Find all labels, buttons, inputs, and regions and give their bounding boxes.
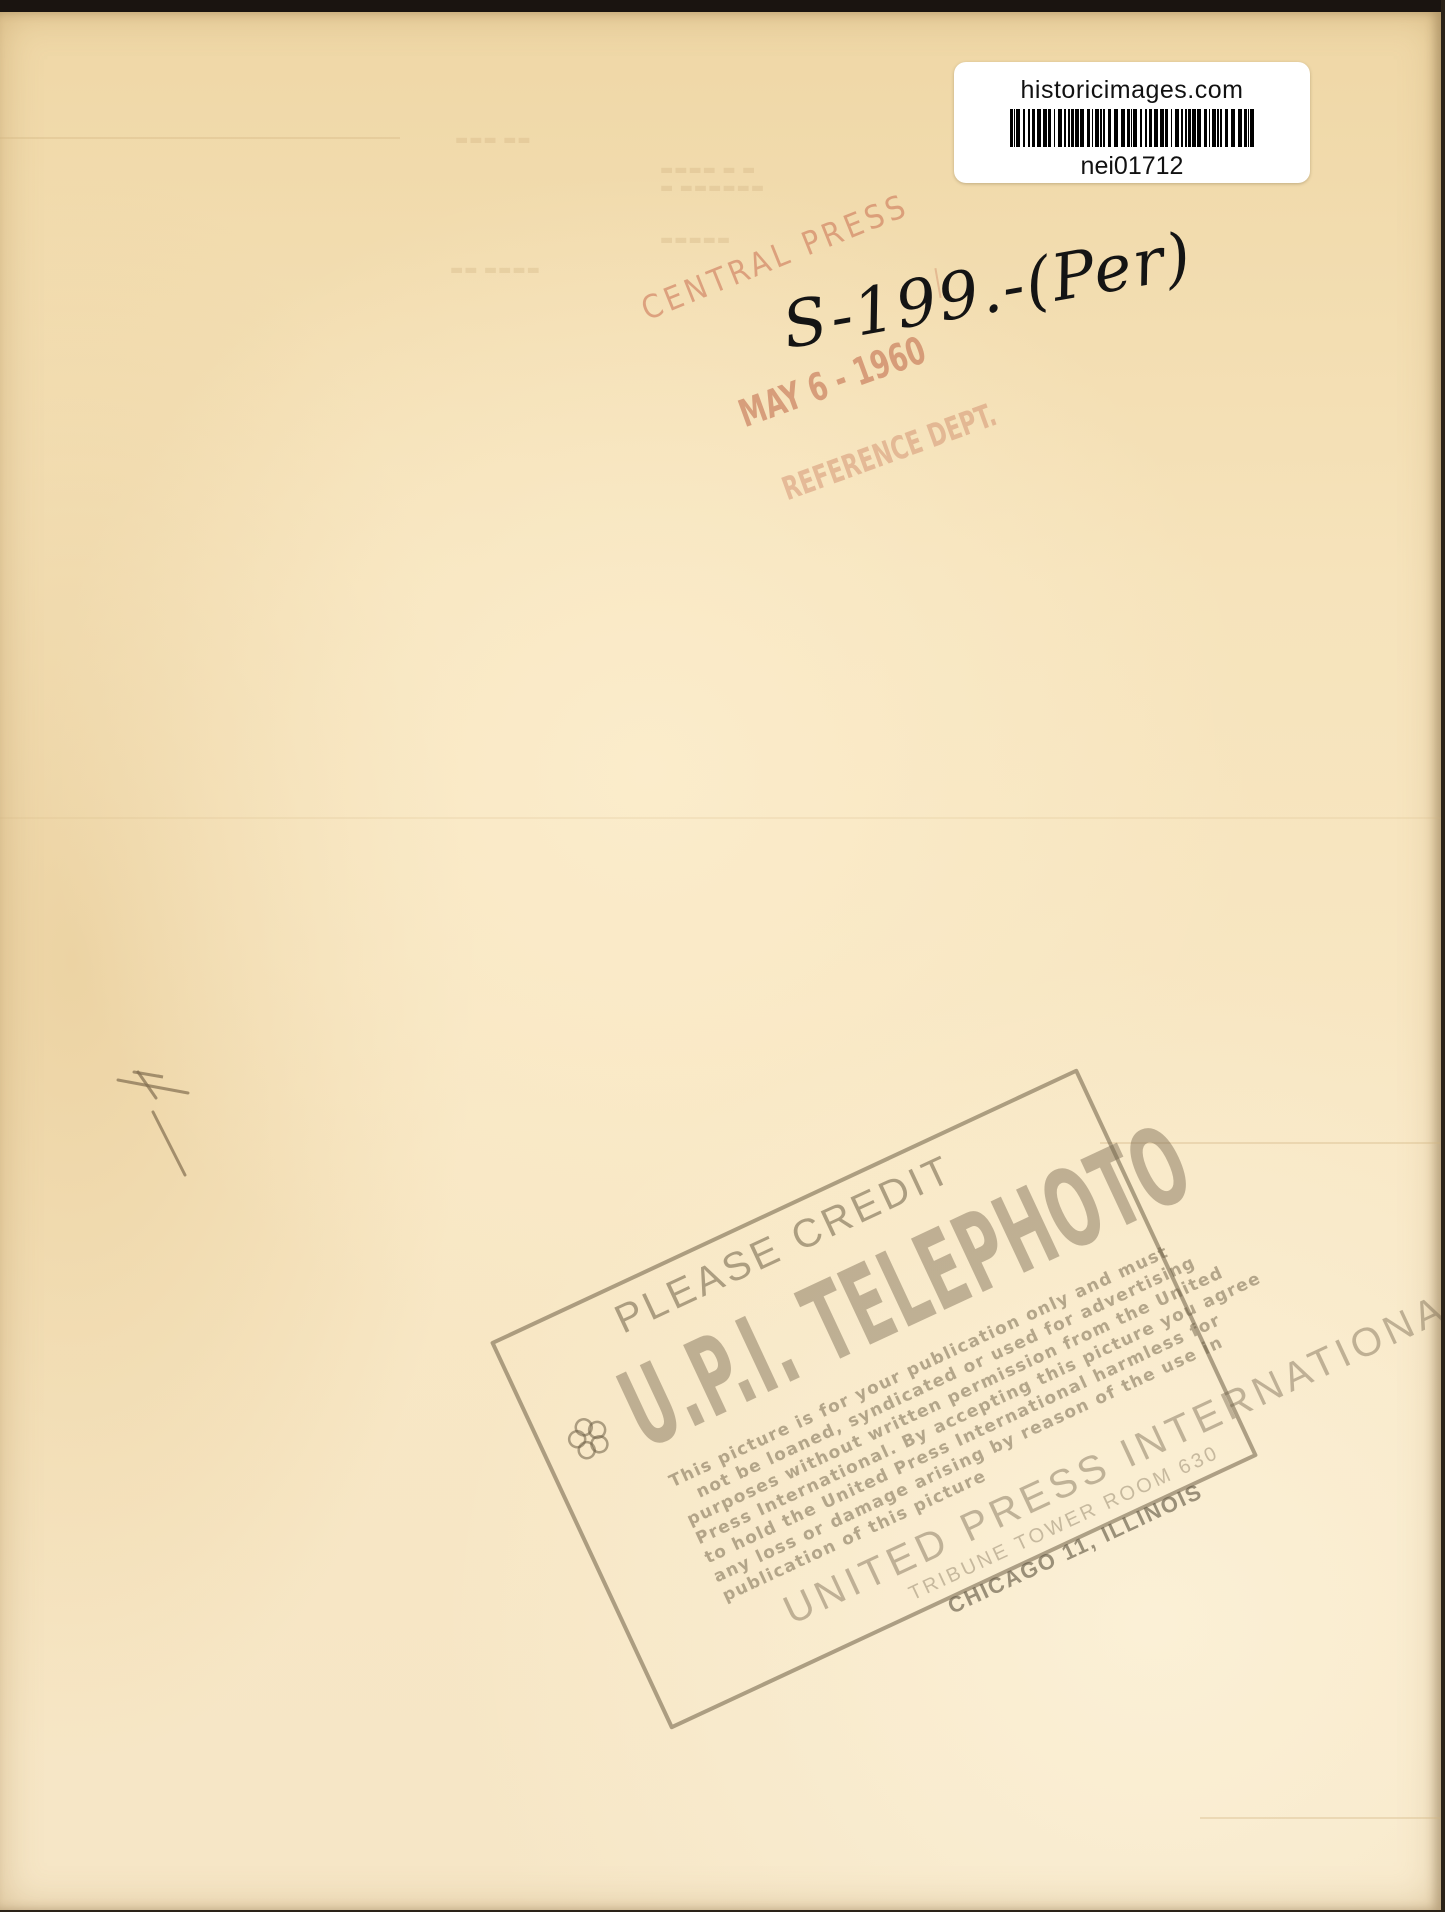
- upi-stamp-frame: PLEASE CREDIT U.P.I. TELEPHOTO This pict…: [490, 1068, 1258, 1730]
- crease-line: [1200, 1817, 1440, 1819]
- scan-edge: [1441, 0, 1445, 1912]
- show-through-text: ▬▬▬▬ ▬ ▬: [660, 162, 756, 178]
- pencil-mark-icon: [110, 1050, 230, 1190]
- label-site: historicimages.com: [954, 76, 1310, 105]
- barcode-label: historicimages.com nei01712: [954, 62, 1310, 183]
- flower-icon: [556, 1405, 622, 1471]
- crease-line: [0, 137, 400, 139]
- label-code: nei01712: [954, 152, 1310, 181]
- show-through-text: ▬▬ ▬▬▬▬: [450, 262, 541, 278]
- barcode-icon: [1010, 109, 1255, 147]
- show-through-text: ▬▬▬▬▬: [660, 232, 731, 248]
- crease-line: [0, 817, 1441, 819]
- show-through-text: ▬ ▬▬▬▬▬▬: [660, 180, 765, 196]
- upi-credit-stamp: PLEASE CREDIT U.P.I. TELEPHOTO This pict…: [470, 1025, 1230, 1745]
- show-through-text: ▬▬▬ ▬▬: [455, 132, 532, 148]
